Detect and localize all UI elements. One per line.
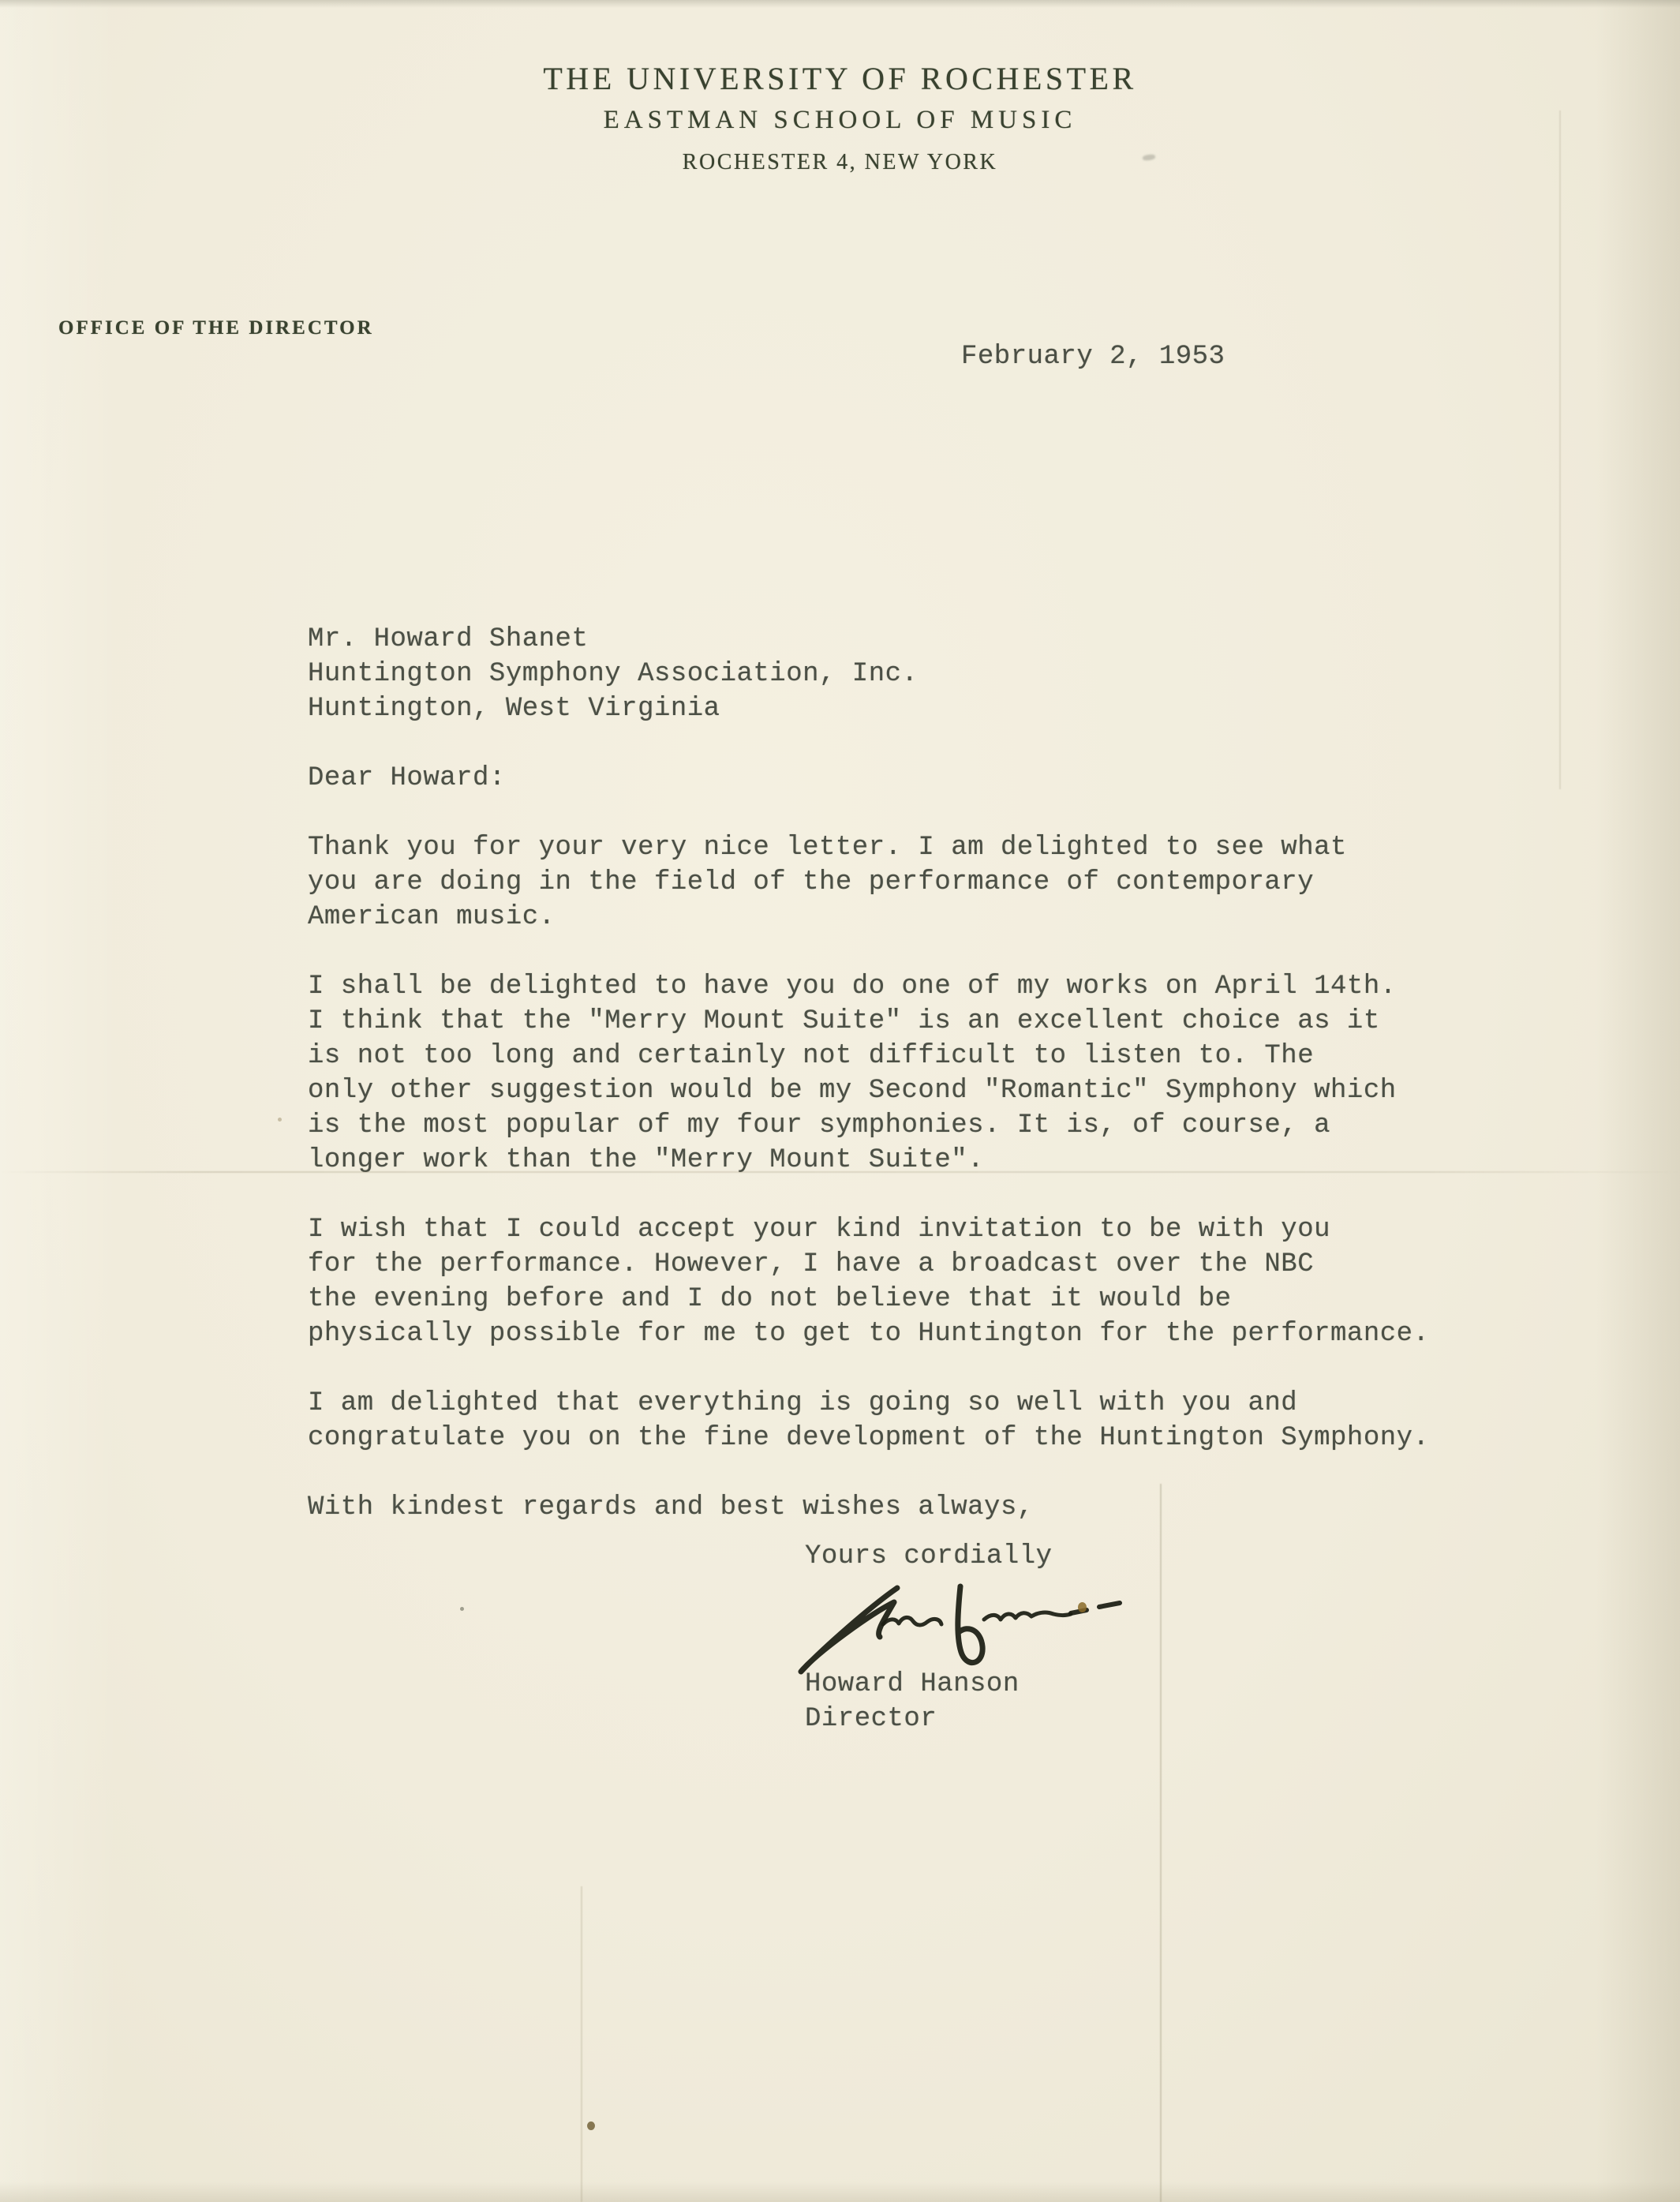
regards-line: With kindest regards and best wishes alw… xyxy=(308,1490,1618,1525)
fold-crease-vertical-left xyxy=(581,1886,582,2202)
paragraph-1: Thank you for your very nice letter. I a… xyxy=(308,830,1618,934)
letter-date: February 2, 1953 xyxy=(961,339,1225,374)
sender-name: Howard Hanson xyxy=(805,1667,1020,1702)
recipient-address: Mr. Howard Shanet Huntington Symphony As… xyxy=(308,622,1618,726)
letterhead-university: THE UNIVERSITY OF ROCHESTER xyxy=(0,60,1680,97)
fold-crease-horizontal xyxy=(0,1171,1680,1173)
paragraph-3: I wish that I could accept your kind inv… xyxy=(308,1212,1618,1351)
salutation: Dear Howard: xyxy=(308,761,1618,796)
letterhead-city: ROCHESTER 4, NEW YORK xyxy=(0,150,1680,175)
sender-title: Director xyxy=(805,1702,937,1736)
paragraph-2: I shall be delighted to have you do one … xyxy=(308,969,1618,1178)
paper-speck-bottom xyxy=(587,2121,595,2130)
paper-speck-brown xyxy=(1078,1602,1087,1612)
closing-phrase: Yours cordially xyxy=(805,1539,1053,1574)
paper-speck-faint xyxy=(278,1118,282,1122)
letterhead-school: EASTMAN SCHOOL OF MUSIC xyxy=(0,106,1680,135)
paragraph-4: I am delighted that everything is going … xyxy=(308,1386,1618,1455)
paper-speck-small xyxy=(460,1607,464,1611)
fold-crease-vertical-right xyxy=(1160,1484,1162,2202)
letterhead-office-of-director: OFFICE OF THE DIRECTOR xyxy=(58,317,374,339)
letter-page: THE UNIVERSITY OF ROCHESTER EASTMAN SCHO… xyxy=(0,0,1680,2202)
letter-body: Mr. Howard Shanet Huntington Symphony As… xyxy=(308,622,1618,1560)
scratch-line-right xyxy=(1559,110,1561,789)
